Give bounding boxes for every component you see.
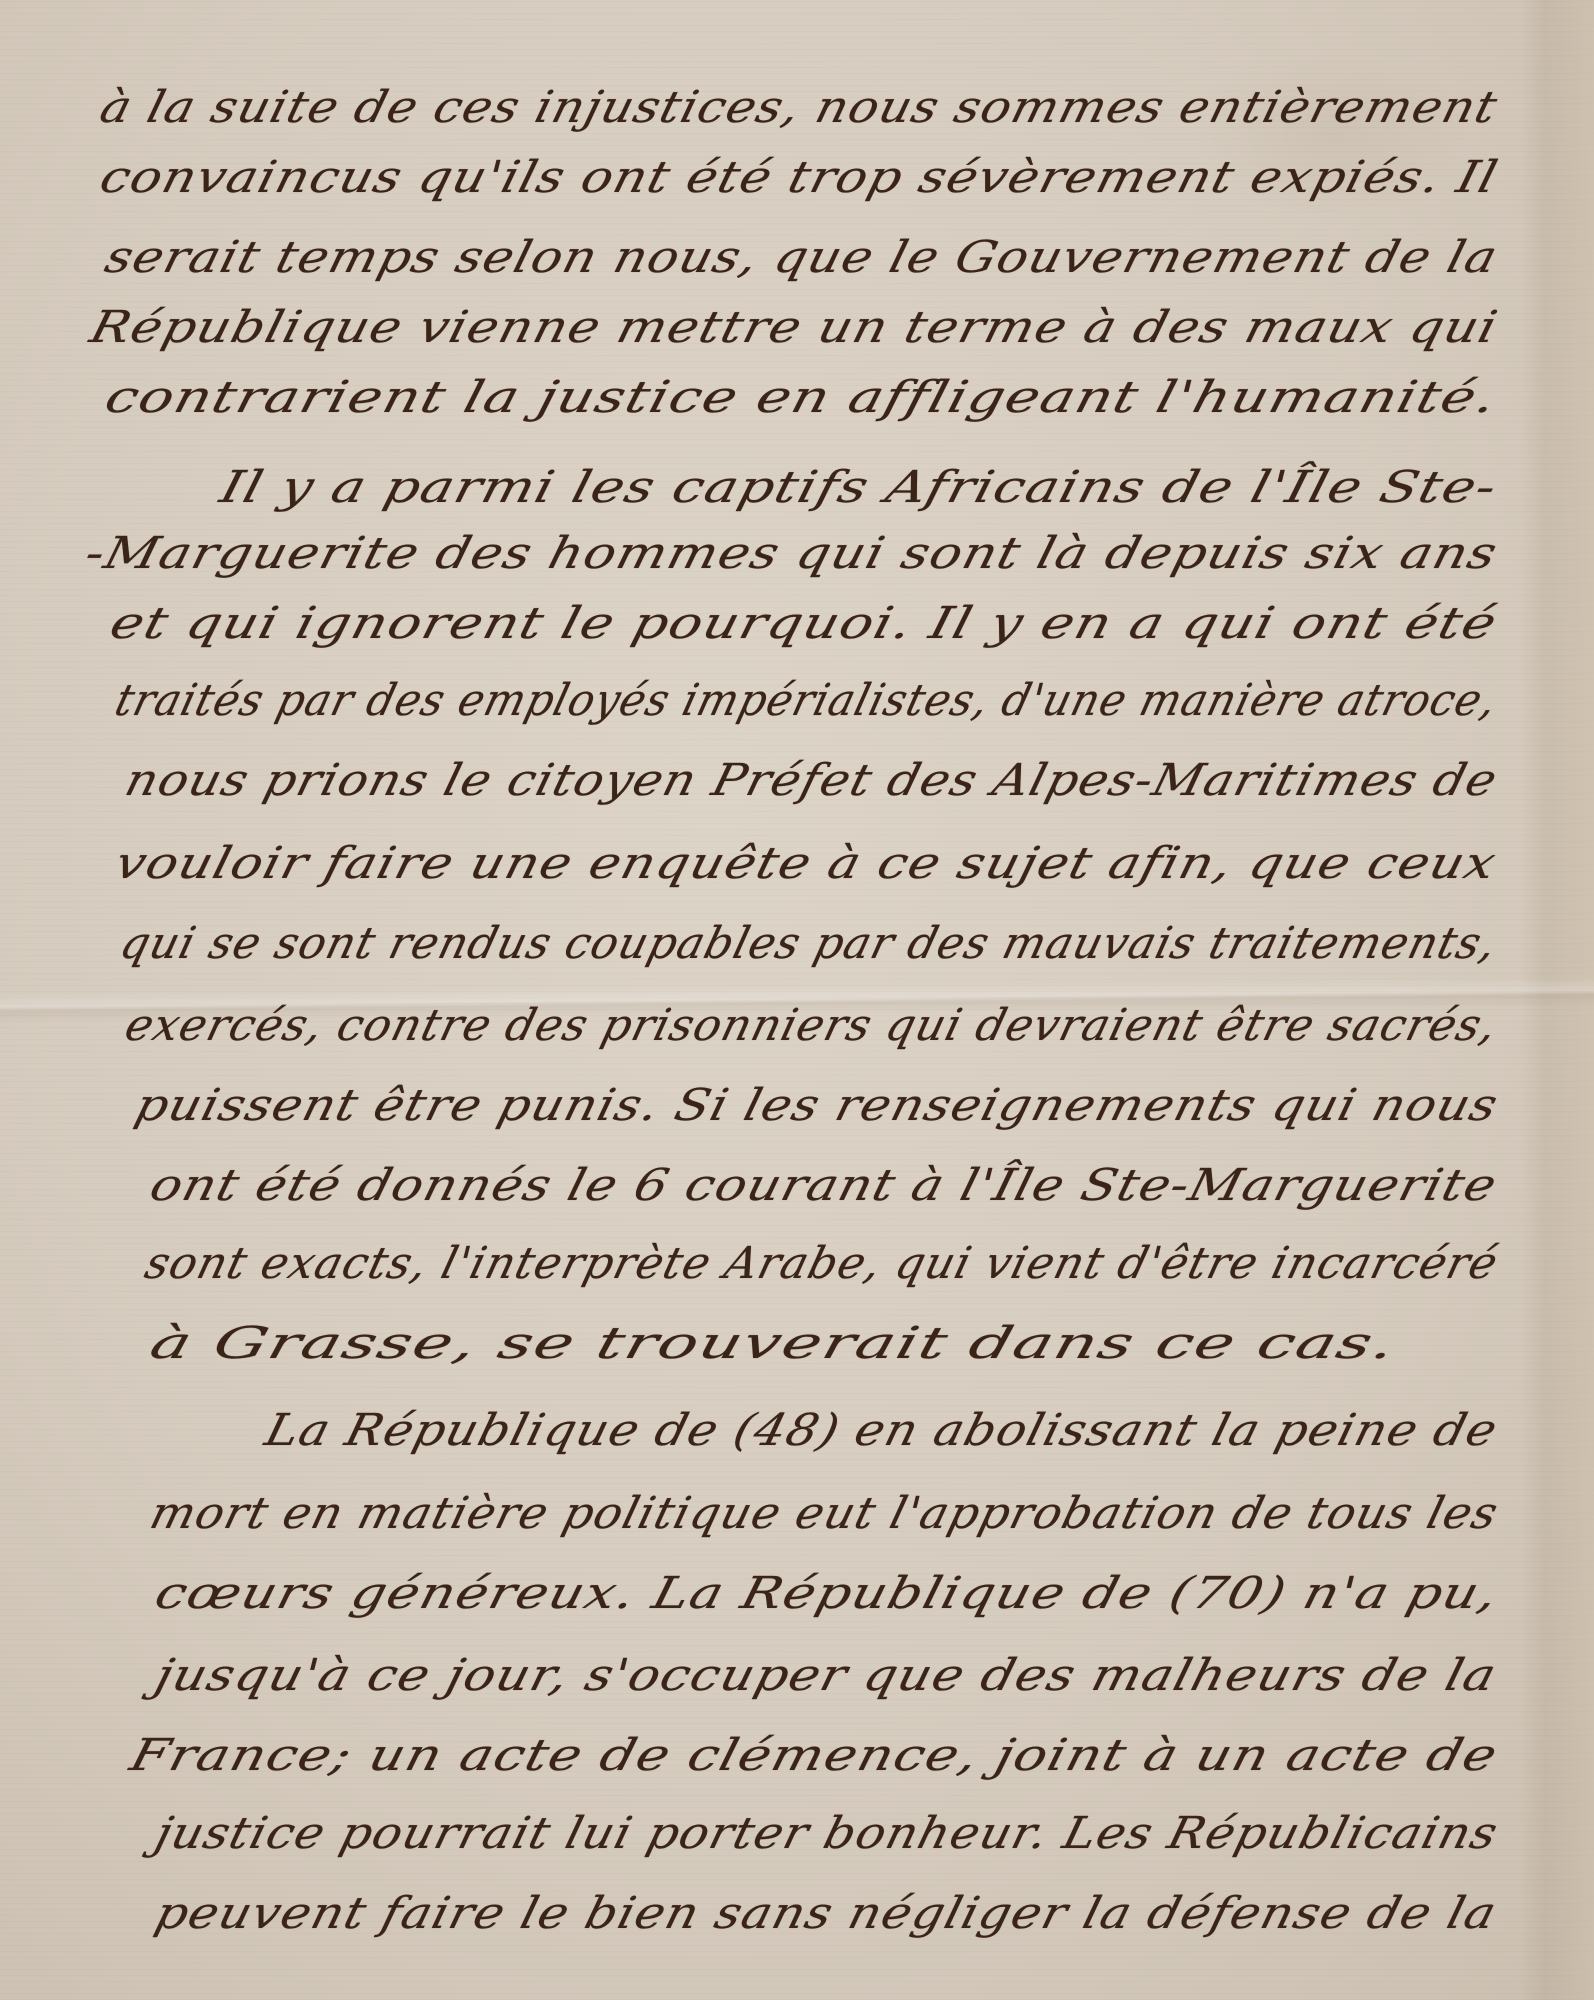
handwritten-line: contrarient la justice en affligeant l'h…	[100, 372, 1502, 423]
paragraph-start-line: Il y a parmi les captifs Africains de l'…	[215, 462, 1503, 513]
letter-page: à la suite de ces injustices, nous somme…	[0, 0, 1594, 2000]
handwritten-line: convaincus qu'ils ont été trop sévèremen…	[95, 152, 1503, 203]
handwritten-line: République vienne mettre un terme à des …	[85, 302, 1503, 353]
handwritten-line: France; un acte de clémence, joint à un …	[125, 1730, 1503, 1781]
handwritten-line: qui se sont rendus coupables par des mau…	[115, 918, 1502, 969]
handwritten-line: sont exacts, l'interprète Arabe, qui vie…	[140, 1238, 1504, 1289]
handwritten-line: nous prions le citoyen Préfet des Alpes-…	[120, 755, 1503, 806]
handwritten-line: à Grasse, se trouverait dans ce cas.	[145, 1318, 1402, 1369]
handwritten-line: mort en matière politique eut l'approbat…	[145, 1488, 1504, 1539]
handwritten-line: serait temps selon nous, que le Gouverne…	[100, 232, 1503, 283]
handwritten-line: justice pourrait lui porter bonheur. Les…	[150, 1808, 1503, 1859]
handwritten-line: cœurs généreux. La République de (70) n'…	[150, 1568, 1504, 1619]
handwritten-line: -Marguerite des hommes qui sont là depui…	[80, 528, 1503, 579]
handwritten-line: ont été donnés le 6 courant à l'Île Ste-…	[145, 1160, 1502, 1211]
handwritten-line: traités par des employés impérialistes, …	[110, 675, 1503, 726]
handwritten-line: et qui ignorent le pourquoi. Il y en a q…	[105, 598, 1503, 649]
handwritten-line: puissent être punis. Si les renseignemen…	[130, 1080, 1504, 1131]
paragraph-start-line: La République de (48) en abolissant la p…	[260, 1405, 1503, 1456]
handwritten-line: jusqu'à ce jour, s'occuper que des malhe…	[150, 1650, 1502, 1701]
handwritten-line: vouloir faire une enquête à ce sujet afi…	[110, 838, 1502, 889]
handwritten-line: peuvent faire le bien sans négliger la d…	[150, 1888, 1502, 1939]
handwritten-line: à la suite de ces injustices, nous somme…	[95, 82, 1503, 133]
handwritten-line: exercés, contre des prisonniers qui devr…	[120, 1000, 1503, 1051]
